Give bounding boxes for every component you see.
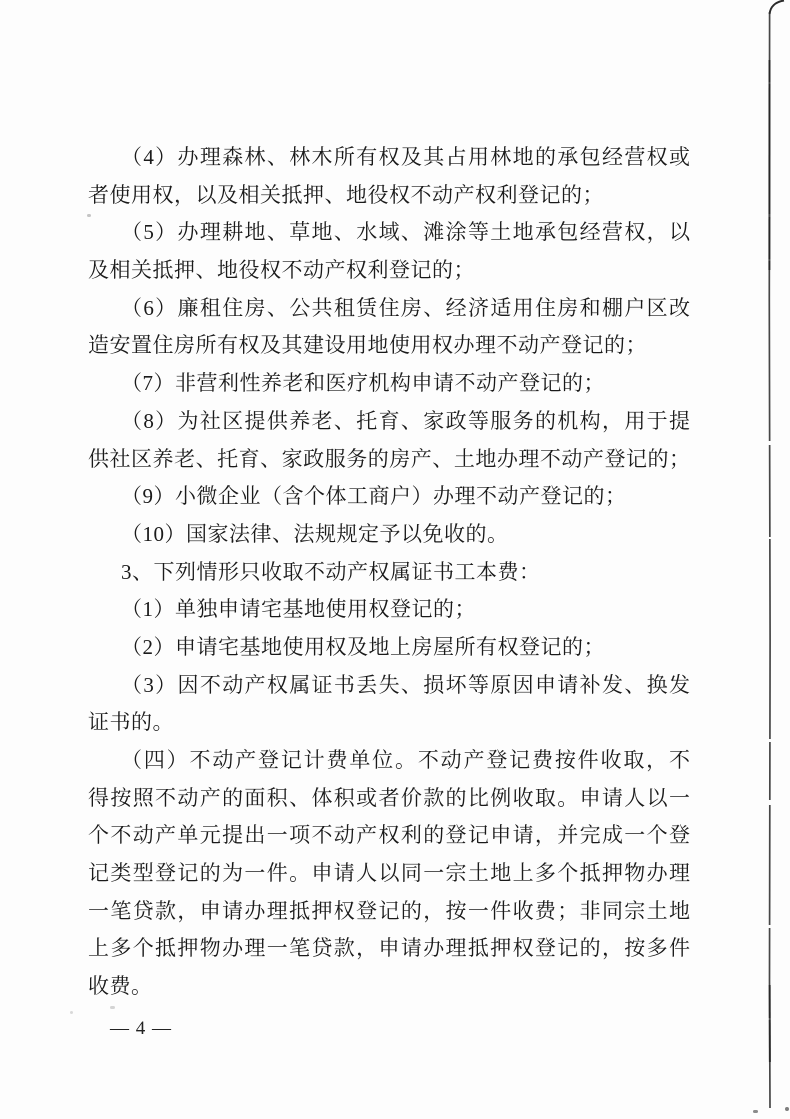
scan-speck bbox=[753, 1110, 758, 1113]
text-line: （3）因不动产权属证书丢失、损坏等原因申请补发、换发 bbox=[88, 667, 690, 705]
text-line: （8）为社区提供养老、托育、家政等服务的机构，用于提 bbox=[88, 403, 690, 441]
scan-speck bbox=[785, 1107, 789, 1111]
text-line: 收费。 bbox=[88, 968, 690, 1006]
page-edge-line bbox=[769, 12, 770, 1108]
text-line: （2）申请宅基地使用权及地上房屋所有权登记的； bbox=[88, 629, 690, 667]
text-line: （5）办理耕地、草地、水域、滩涂等土地承包经营权，以 bbox=[88, 214, 690, 252]
text-line: 及相关抵押、地役权不动产权利登记的； bbox=[88, 252, 690, 290]
text-line: （7）非营利性养老和医疗机构申请不动产登记的； bbox=[88, 365, 690, 403]
text-line: 证书的。 bbox=[88, 704, 690, 742]
text-line: 供社区养老、托育、家政服务的房产、土地办理不动产登记的； bbox=[88, 441, 690, 479]
text-line: 记类型登记的为一件。申请人以同一宗土地上多个抵押物办理 bbox=[88, 855, 690, 893]
scan-speck bbox=[87, 214, 91, 217]
text-line: 得按照不动产的面积、体积或者价款的比例收取。申请人以一 bbox=[88, 780, 690, 818]
page-number: — 4 — bbox=[110, 1017, 172, 1041]
scan-speck bbox=[110, 1006, 115, 1009]
scanned-document-page: （4）办理森林、林木所有权及其占用林地的承包经营权或者使用权，以及相关抵押、地役… bbox=[0, 0, 790, 1119]
text-line: （4）办理森林、林木所有权及其占用林地的承包经营权或 bbox=[88, 139, 690, 177]
text-line: 上多个抵押物办理一笔贷款，申请办理抵押权登记的，按多件 bbox=[88, 930, 690, 968]
text-line: （10）国家法律、法规规定予以免收的。 bbox=[88, 516, 690, 554]
text-line: 一笔贷款，申请办理抵押权登记的，按一件收费；非同宗土地 bbox=[88, 893, 690, 931]
text-line: 造安置住房所有权及其建设用地使用权办理不动产登记的； bbox=[88, 327, 690, 365]
text-line: （1）单独申请宅基地使用权登记的； bbox=[88, 591, 690, 629]
text-line: （四）不动产登记计费单位。不动产登记费按件收取，不 bbox=[88, 742, 690, 780]
page-edge-hook bbox=[770, 1, 784, 15]
text-line: 3、下列情形只收取不动产权属证书工本费： bbox=[88, 554, 690, 592]
text-line: 个不动产单元提出一项不动产权利的登记申请，并完成一个登 bbox=[88, 817, 690, 855]
document-body-text: （4）办理森林、林木所有权及其占用林地的承包经营权或者使用权，以及相关抵押、地役… bbox=[88, 139, 690, 1006]
text-line: 者使用权，以及相关抵押、地役权不动产权利登记的； bbox=[88, 177, 690, 215]
text-line: （6）廉租住房、公共租赁住房、经济适用住房和棚户区改 bbox=[88, 290, 690, 328]
scan-speck bbox=[70, 1011, 73, 1014]
text-line: （9）小微企业（含个体工商户）办理不动产登记的； bbox=[88, 478, 690, 516]
